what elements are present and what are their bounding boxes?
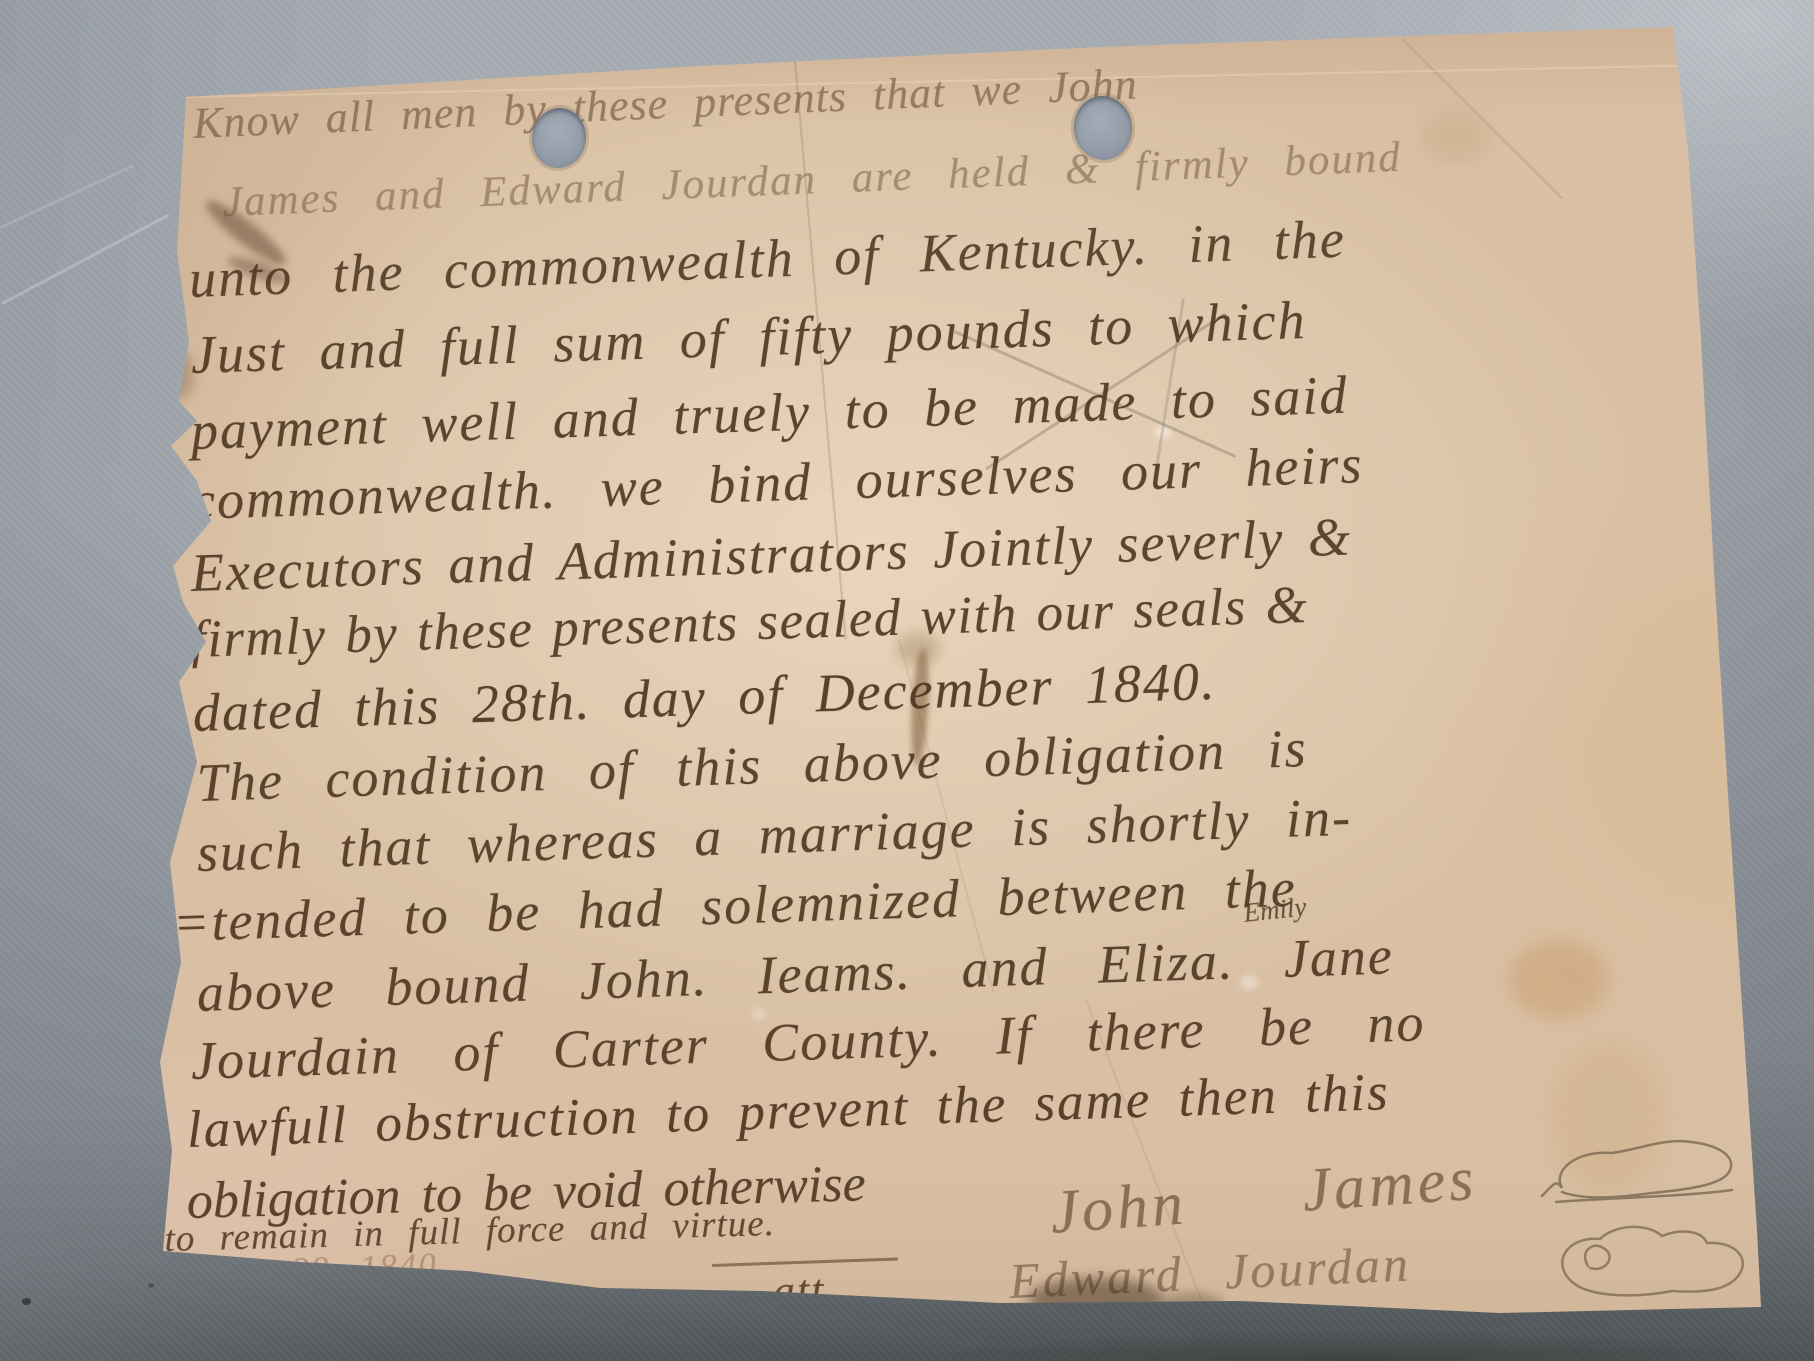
surface-dark-area xyxy=(900,1330,1814,1361)
seal-scribble-top xyxy=(1542,1141,1732,1202)
surface-speck xyxy=(148,1283,154,1288)
surface-speck xyxy=(22,1298,31,1305)
seal-scribbles-layer xyxy=(0,0,1814,1361)
paper: Know all men by these presents that we J… xyxy=(0,0,1814,1361)
photo-of-document: Know all men by these presents that we J… xyxy=(0,0,1814,1361)
seal-scribble-bottom xyxy=(1562,1227,1743,1295)
